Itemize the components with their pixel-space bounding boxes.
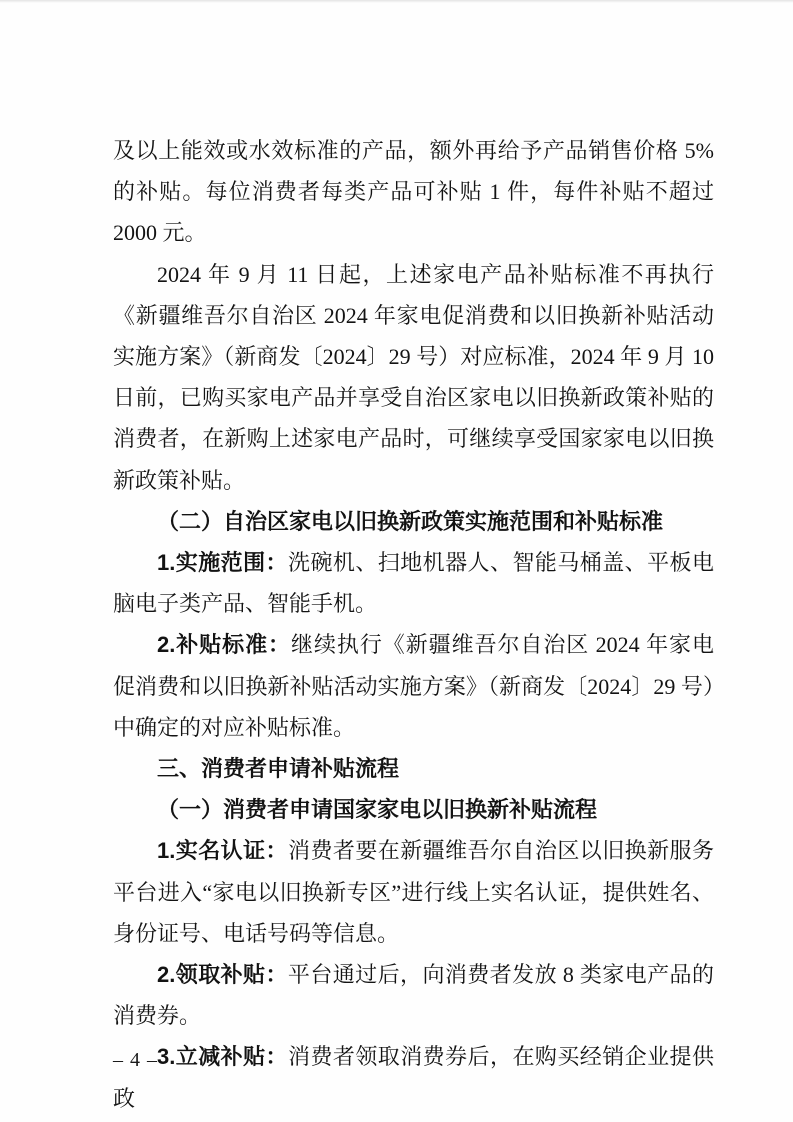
paragraph-lead: 3.立减补贴：	[157, 1044, 288, 1069]
section-heading: （一）消费者申请国家家电以旧换新补贴流程	[113, 789, 714, 830]
paragraph-lead: 1.实名认证：	[157, 838, 288, 863]
document-body: 及以上能效或水效标准的产品，额外再给予产品销售价格 5%的补贴。每位消费者每类产…	[113, 130, 714, 1119]
paragraph-lead: 1.实施范围：	[157, 550, 288, 575]
paragraph: 1.实施范围：洗碗机、扫地机器人、智能马桶盖、平板电脑电子类产品、智能手机。	[113, 542, 714, 624]
paragraph: 1.实名认证：消费者要在新疆维吾尔自治区以旧换新服务平台进入“家电以旧换新专区”…	[113, 830, 714, 954]
paragraph: 2.补贴标准：继续执行《新疆维吾尔自治区 2024 年家电促消费和以旧换新补贴活…	[113, 624, 714, 748]
document-page: 及以上能效或水效标准的产品，额外再给予产品销售价格 5%的补贴。每位消费者每类产…	[0, 0, 793, 1122]
paragraph: 3.立减补贴：消费者领取消费券后，在购买经销企业提供政	[113, 1036, 714, 1118]
paragraph: 2.领取补贴：平台通过后，向消费者发放 8 类家电产品的消费券。	[113, 954, 714, 1036]
paragraph: 2024 年 9 月 11 日起，上述家电产品补贴标准不再执行《新疆维吾尔自治区…	[113, 254, 714, 501]
section-heading: 三、消费者申请补贴流程	[113, 748, 714, 789]
section-heading: （二）自治区家电以旧换新政策实施范围和补贴标准	[113, 501, 714, 542]
paragraph: 及以上能效或水效标准的产品，额外再给予产品销售价格 5%的补贴。每位消费者每类产…	[113, 130, 714, 254]
scan-edge-artifact	[0, 0, 793, 3]
paragraph-lead: 2.补贴标准：	[157, 632, 291, 657]
page-number: – 4 –	[113, 1048, 158, 1072]
paragraph-lead: 2.领取补贴：	[157, 962, 288, 987]
